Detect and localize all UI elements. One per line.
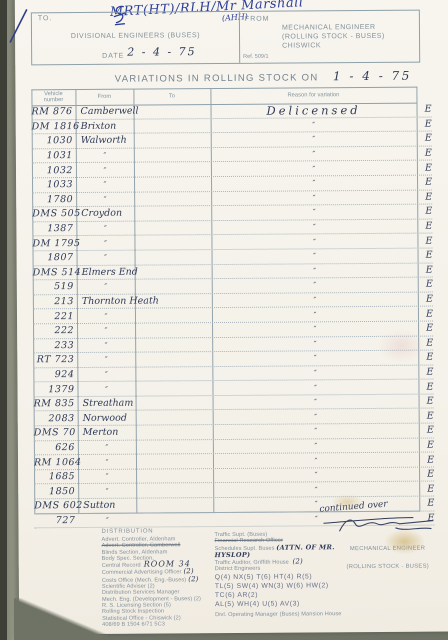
from-station: ″ — [78, 457, 136, 466]
to-station — [134, 155, 211, 156]
reason-for-variation: ″ — [211, 236, 417, 246]
row-mark-e: E — [418, 323, 433, 334]
box-divider — [239, 12, 240, 63]
to-station — [135, 257, 212, 258]
paper-smudge — [378, 329, 424, 363]
row-mark-e: E — [417, 221, 432, 232]
reason-for-variation: ″ — [211, 149, 417, 159]
from-station: ″ — [78, 443, 136, 452]
scanned-document: MRT(HT)/RLH/Mr Marshall (AHH) TO. DIVISI… — [0, 0, 448, 640]
reason-for-variation: ″ — [212, 368, 418, 378]
vehicle-number: DMS 602 — [34, 500, 78, 511]
from-station: Camberwell — [76, 106, 134, 117]
vehicle-number: 1031 — [32, 150, 76, 161]
reason-for-variation: ″ — [211, 193, 417, 203]
to-station — [136, 417, 213, 418]
from-label: FROM — [245, 16, 270, 23]
vehicle-number: 1033 — [32, 179, 76, 190]
from-station: ″ — [78, 516, 136, 525]
row-mark-e: E — [419, 483, 434, 494]
from-station: ″ — [76, 194, 134, 203]
to-station — [135, 330, 212, 331]
reason-for-variation: ″ — [211, 207, 417, 217]
vehicle-number: RM 835 — [34, 398, 78, 409]
row-mark-e: E — [419, 439, 434, 450]
from-station: Merton — [78, 427, 136, 438]
to-station — [135, 374, 212, 375]
mid-item: Schedules Supt. Buses (ATTN. OF MR. HYSL… — [215, 544, 345, 560]
row-mark-e: E — [416, 104, 431, 115]
header-boxes: TO. DIVISIONAL ENGINEERS (BUSES) DATE 2 … — [31, 10, 420, 66]
table-rows: RM 876 Camberwell Delicensed E DM 1816 B… — [31, 103, 434, 529]
reason-for-variation: ″ — [211, 120, 417, 130]
header-vehicle-number: Vehicle number — [31, 91, 75, 103]
row-mark-e: E — [419, 425, 434, 436]
reason-for-variation: ″ — [212, 309, 418, 319]
vehicle-number: RM 876 — [32, 106, 76, 117]
from-station: ″ — [76, 180, 134, 189]
row-mark-e: E — [418, 381, 433, 392]
code-line: AL(5) WH(4) U(5) AV(3) — [215, 599, 345, 609]
vehicle-number: RT 723 — [33, 354, 77, 365]
from-station: ″ — [78, 472, 136, 481]
to-station — [134, 125, 211, 126]
from-station: ″ — [77, 355, 135, 364]
from-station: Streatham — [78, 398, 136, 409]
vehicle-number: 626 — [34, 442, 78, 453]
to-station — [134, 111, 211, 112]
recipients-middle-list: Traffic Supt. (Buses) Financial Research… — [214, 531, 345, 618]
to-station — [134, 228, 211, 229]
from-line2: (ROLLING STOCK - BUSES) — [282, 33, 385, 41]
qty-handwritten: (2) — [293, 558, 303, 566]
reason-for-variation: ″ — [212, 265, 418, 275]
to-station — [134, 242, 211, 243]
reason-for-variation: ″ — [213, 499, 419, 509]
vehicle-number: RM 1064 — [34, 457, 78, 468]
from-station: Walworth — [76, 135, 134, 146]
district-code-counts: Q(4) NX(5) T(6) HT(4) R(5) TL(5) SW(4) W… — [215, 572, 345, 609]
reason-for-variation: ″ — [211, 178, 417, 188]
from-station: Thornton Heath — [77, 296, 135, 307]
vehicle-number: 1807 — [33, 252, 77, 263]
ink-slash-mark — [7, 6, 31, 46]
page-corner-shadow — [14, 598, 114, 640]
distribution-list: DISTRIBUTION Advert. Controller, Aldenha… — [101, 528, 214, 628]
header-reason: Reason for variation — [210, 92, 416, 99]
reason-for-variation: ″ — [212, 251, 418, 261]
reason-for-variation: ″ — [213, 397, 419, 407]
from-station: ″ — [77, 384, 135, 393]
from-station: ″ — [76, 165, 134, 174]
signatory-title-line2: (ROLLING STOCK - BUSES) — [346, 564, 429, 571]
qty-handwritten: (2) — [188, 575, 198, 583]
row-mark-e: E — [418, 367, 433, 378]
form-title: VARIATIONS IN ROLLING STOCK ON 1 - 4 - 7… — [98, 67, 428, 87]
row-mark-e: E — [417, 148, 432, 159]
row-mark-e: E — [417, 162, 432, 173]
date-value-handwritten: 2 - 4 - 75 — [127, 45, 197, 58]
row-mark-e: E — [417, 133, 432, 144]
row-mark-e: E — [417, 235, 432, 246]
paper-stain — [383, 529, 425, 555]
reason-for-variation: ″ — [213, 484, 419, 494]
row-mark-e: E — [418, 294, 433, 305]
distribution-title: DISTRIBUTION — [101, 528, 213, 535]
row-mark-e: E — [417, 191, 432, 202]
to-station — [135, 271, 212, 272]
row-mark-e: E — [417, 118, 432, 129]
to-recipient: DIVISIONAL ENGINEERS (BUSES) — [32, 32, 239, 40]
to-station — [136, 432, 213, 433]
vehicle-number: DMS 514 — [33, 267, 77, 278]
from-line1: MECHANICAL ENGINEER — [282, 24, 376, 32]
to-station — [136, 447, 213, 448]
to-station — [136, 490, 213, 491]
from-station: Elmers End — [77, 266, 135, 277]
from-station: Croydon — [76, 208, 134, 219]
to-station — [136, 403, 213, 404]
to-station — [134, 140, 211, 141]
form-print-code: 408/69 B 1504 6/71 5C3 — [102, 621, 214, 628]
vehicle-number: 222 — [33, 325, 77, 336]
from-station: ″ — [77, 326, 135, 335]
row-mark-e: E — [418, 264, 433, 275]
from-station: ″ — [77, 311, 135, 320]
to-label: TO. — [38, 15, 53, 22]
reason-for-variation: ″ — [213, 470, 419, 480]
reason-for-variation: ″ — [212, 280, 418, 290]
to-station — [135, 315, 212, 316]
row-mark-e: E — [419, 410, 434, 421]
vehicle-number: 1387 — [32, 223, 76, 234]
title-text: VARIATIONS IN ROLLING STOCK ON — [115, 72, 319, 84]
from-station: Norwood — [78, 412, 136, 423]
reason-for-variation: ″ — [213, 455, 419, 465]
to-station — [135, 344, 212, 345]
vehicle-number: DMS 70 — [34, 427, 78, 438]
from-station: ″ — [77, 282, 135, 291]
from-station: Brixton — [76, 121, 134, 132]
to-station — [135, 388, 212, 389]
vehicle-number: 2083 — [34, 413, 78, 424]
to-station — [136, 476, 213, 477]
vehicle-number: DM 1795 — [32, 238, 76, 249]
reason-for-variation: ″ — [213, 426, 419, 436]
from-station: ″ — [76, 151, 134, 160]
vehicle-number: 213 — [33, 296, 77, 307]
to-station — [136, 461, 213, 462]
variations-table: Vehicle number From To Reason for variat… — [31, 87, 434, 515]
vehicle-number: 1030 — [32, 136, 76, 147]
form-reference: Ref. 509/1 — [243, 54, 268, 60]
reason-for-variation: ″ — [211, 134, 417, 144]
vehicle-number: 221 — [33, 311, 77, 322]
row-mark-e: E — [419, 498, 434, 509]
reason-for-variation: ″ — [213, 411, 419, 421]
code-line: TL(5) SW(4) WN(3) W(6) HW(2) — [215, 581, 345, 591]
from-station: ″ — [77, 370, 135, 379]
reason-for-variation: ″ — [213, 441, 419, 451]
vehicle-number: 1780 — [32, 194, 76, 205]
row-mark-e: E — [418, 308, 433, 319]
reason-for-variation: ″ — [211, 163, 417, 173]
from-station: ″ — [78, 486, 136, 495]
header-from: From — [75, 94, 133, 100]
vehicle-number: 519 — [33, 281, 77, 292]
divl-operating-manager-line: Divl. Operating Manager (Buses) Mansion … — [215, 611, 345, 618]
to-station — [134, 184, 211, 185]
to-station — [136, 505, 213, 506]
from-station: Sutton — [78, 500, 136, 511]
row-mark-e: E — [419, 396, 434, 407]
to-station — [134, 198, 211, 199]
vehicle-number: 1379 — [33, 384, 77, 395]
row-mark-e: E — [419, 469, 434, 480]
row-mark-e: E — [417, 206, 432, 217]
date-label: DATE — [102, 53, 124, 60]
row-mark-e: E — [417, 177, 432, 188]
row-mark-e: E — [419, 454, 434, 465]
header-to: To — [133, 93, 210, 100]
vehicle-number: DM 1816 — [32, 121, 76, 132]
to-station — [134, 213, 211, 214]
title-date-handwritten: 1 - 4 - 75 — [333, 69, 412, 84]
to-station — [135, 359, 212, 360]
from-station: ″ — [76, 224, 134, 233]
reason-for-variation: Delicensed — [210, 102, 416, 117]
form-content: MRT(HT)/RLH/Mr Marshall (AHH) TO. DIVISI… — [0, 0, 448, 640]
vehicle-number: 727 — [34, 515, 78, 526]
from-line3: CHISWICK — [282, 42, 321, 49]
from-station: ″ — [77, 340, 135, 349]
from-station: ″ — [76, 238, 134, 247]
vehicle-number: 1850 — [34, 486, 78, 497]
vehicle-number: DMS 505 — [32, 208, 76, 219]
vehicle-number: 1685 — [34, 471, 78, 482]
vehicle-number: 924 — [33, 369, 77, 380]
to-station — [134, 169, 211, 170]
to-station — [135, 286, 212, 287]
row-mark-e: E — [418, 279, 433, 290]
to-station — [136, 520, 213, 521]
vehicle-number: 1032 — [32, 165, 76, 176]
reason-for-variation: ″ — [211, 222, 417, 232]
from-station: ″ — [77, 253, 135, 262]
vehicle-number: 233 — [33, 340, 77, 351]
reason-for-variation: ″ — [212, 295, 418, 305]
row-mark-e: E — [418, 250, 433, 261]
reason-for-variation: ″ — [212, 382, 418, 392]
